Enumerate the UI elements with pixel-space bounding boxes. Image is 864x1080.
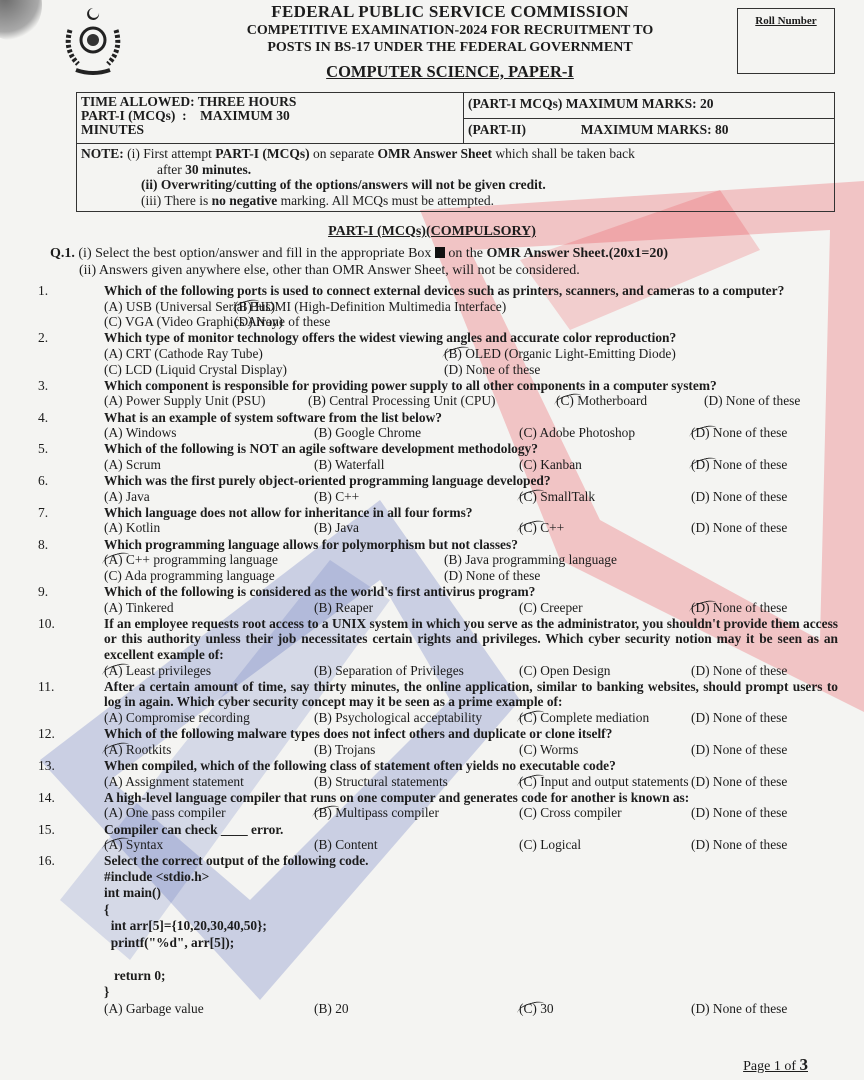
- option-b[interactable]: (B) 20: [314, 1001, 519, 1017]
- option-c[interactable]: (C) Open Design: [519, 663, 691, 679]
- question-number: 12.: [38, 726, 55, 742]
- option-list: (A) Tinkered(B) Reaper(C) Creeper(D) Non…: [104, 600, 838, 616]
- option-b[interactable]: (B) Waterfall: [314, 457, 519, 473]
- part1-time-cont: MINUTES: [81, 123, 459, 137]
- question-list: 1.Which of the following ports is used t…: [38, 283, 838, 1017]
- option-d[interactable]: (D) None of these: [234, 314, 486, 330]
- note-iii-text: (iii) There is: [141, 193, 208, 208]
- code-line: #include <stdio.h>: [104, 869, 838, 886]
- subject-title: COMPUTER SCIENCE, PAPER-I: [180, 62, 720, 82]
- option-list: (A) CRT (Cathode Ray Tube)(B) OLED (Orga…: [104, 346, 838, 377]
- option-c[interactable]: (C) Kanban: [519, 457, 691, 473]
- fpsc-emblem-icon: [62, 6, 124, 78]
- option-a[interactable]: (A) Least privileges: [104, 663, 314, 679]
- question-stem: Which component is responsible for provi…: [104, 378, 838, 394]
- question-stem: Which of the following ports is used to …: [104, 283, 838, 299]
- code-line: int arr[5]={10,20,30,40,50};: [104, 918, 838, 935]
- exam-page: FEDERAL PUBLIC SERVICE COMMISSION COMPET…: [0, 0, 864, 1080]
- note-i-mid: on separate: [313, 146, 374, 161]
- question-stem: Which was the first purely object-orient…: [104, 473, 838, 489]
- question-item: 1.Which of the following ports is used t…: [38, 283, 838, 330]
- question-stem: Which type of monitor technology offers …: [104, 330, 838, 346]
- q1-instruction-ii: (ii) Answers given anywhere else, other …: [50, 262, 850, 279]
- question-item: 9.Which of the following is considered a…: [38, 584, 838, 615]
- roll-number-box[interactable]: Roll Number: [737, 8, 835, 74]
- question-stem: If an employee requests root access to a…: [104, 616, 838, 663]
- question-stem: Which of the following is NOT an agile s…: [104, 441, 838, 457]
- question-item: 2.Which type of monitor technology offer…: [38, 330, 838, 377]
- q1-instruction-mid: on the: [448, 246, 483, 261]
- option-list: (A) Scrum(B) Waterfall(C) Kanban(D) None…: [104, 457, 838, 473]
- option-list: (A) Power Supply Unit (PSU)(B) Central P…: [104, 393, 838, 409]
- note-i-bold2: OMR Answer Sheet: [378, 146, 493, 161]
- option-b[interactable]: (B) OLED (Organic Light-Emitting Diode): [444, 346, 838, 362]
- option-b[interactable]: (B) Content: [314, 837, 519, 853]
- exam-subtitle: POSTS IN BS-17 UNDER THE FEDERAL GOVERNM…: [180, 40, 720, 56]
- time-allowed: TIME ALLOWED: THREE HOURS: [81, 95, 459, 109]
- page-total: 3: [800, 1055, 809, 1074]
- part2-marks: MAXIMUM MARKS: 80: [581, 122, 729, 137]
- q1-instruction-bold: OMR Answer Sheet.(20x1=20): [487, 246, 669, 261]
- question-item: 6.Which was the first purely object-orie…: [38, 473, 838, 504]
- question-item: 3.Which component is responsible for pro…: [38, 378, 838, 409]
- org-name: FEDERAL PUBLIC SERVICE COMMISSION: [180, 2, 720, 22]
- question-item: 14.A high-level language compiler that r…: [38, 790, 838, 821]
- question-stem: Which of the following is considered as …: [104, 584, 838, 600]
- option-a[interactable]: (A) Tinkered: [104, 600, 314, 616]
- option-list: (A) Least privileges(B) Separation of Pr…: [104, 663, 838, 679]
- option-list: (A) C++ programming language(B) Java pro…: [104, 552, 838, 583]
- question-item: 4.What is an example of system software …: [38, 410, 838, 441]
- option-a[interactable]: (A) Scrum: [104, 457, 314, 473]
- question-stem: Select the correct output of the followi…: [104, 853, 838, 869]
- q1-instructions: Q.1. (i) Select the best option/answer a…: [50, 245, 850, 279]
- option-a[interactable]: (A) USB (Universal Serial Bus): [104, 299, 234, 315]
- question-item: 12.Which of the following malware types …: [38, 726, 838, 757]
- option-d[interactable]: (D) None of these: [444, 568, 838, 584]
- option-c[interactable]: (C) SmallTalk: [519, 489, 691, 505]
- question-stem: What is an example of system software fr…: [104, 410, 838, 426]
- note-i-text: (i) First attempt: [127, 146, 212, 161]
- option-b[interactable]: (B) Java programming language: [444, 552, 838, 568]
- note-i-bold1: PART-I (MCQs): [215, 146, 309, 161]
- option-c[interactable]: (C) C++: [519, 520, 691, 536]
- option-d[interactable]: (D) None of these: [691, 837, 838, 853]
- question-stem: After a certain amount of time, say thir…: [104, 679, 838, 710]
- question-item: 16.Select the correct output of the foll…: [38, 853, 838, 1016]
- option-b[interactable]: (B) HDMI (High-Definition Multimedia Int…: [234, 299, 486, 315]
- part2-marks-row: (PART-II) MAXIMUM MARKS: 80: [464, 119, 834, 144]
- question-item: 5.Which of the following is NOT an agile…: [38, 441, 838, 472]
- option-d[interactable]: (D) None of these: [691, 1001, 838, 1017]
- code-line: return 0;: [104, 968, 838, 985]
- option-b[interactable]: (B) Google Chrome: [314, 425, 519, 441]
- question-number: 4.: [38, 410, 48, 426]
- note-iii-end: marking. All MCQs must be attempted.: [281, 193, 494, 208]
- question-number: 9.: [38, 584, 48, 600]
- option-d[interactable]: (D) None of these: [691, 600, 838, 616]
- question-number: 13.: [38, 758, 55, 774]
- option-b[interactable]: (B) Separation of Privileges: [314, 663, 519, 679]
- option-d[interactable]: (D) None of these: [444, 362, 838, 378]
- option-c[interactable]: (C) Creeper: [519, 600, 691, 616]
- option-list: (A) Syntax(B) Content(C) Logical(D) None…: [104, 837, 838, 853]
- option-a[interactable]: (A) Rootkits: [104, 742, 314, 758]
- question-number: 10.: [38, 616, 55, 632]
- part1-time: PART-I (MCQs) : MAXIMUM 30: [81, 109, 459, 123]
- option-d[interactable]: (D) None of these: [691, 710, 838, 726]
- option-d[interactable]: (D) None of these: [691, 425, 838, 441]
- option-list: (A) Assignment statement(B) Structural s…: [104, 774, 838, 790]
- option-c[interactable]: (C) Cross compiler: [519, 805, 691, 821]
- question-number: 7.: [38, 505, 48, 521]
- option-a[interactable]: (A) Power Supply Unit (PSU): [104, 393, 308, 409]
- question-number: 3.: [38, 378, 48, 394]
- question-stem: Which programming language allows for po…: [104, 537, 838, 553]
- question-number: 14.: [38, 790, 55, 806]
- option-a[interactable]: (A) One pass compiler: [104, 805, 314, 821]
- option-c[interactable]: (C) Complete mediation: [519, 710, 691, 726]
- code-snippet: #include <stdio.h>int main(){ int arr[5]…: [104, 869, 838, 1001]
- question-stem: Compiler can check ____ error.: [104, 822, 838, 838]
- option-list: (A) Windows(B) Google Chrome(C) Adobe Ph…: [104, 425, 838, 441]
- option-c[interactable]: (C) Input and output statements: [519, 774, 691, 790]
- q1-label: Q.1.: [50, 246, 75, 261]
- code-line: }: [104, 984, 838, 1001]
- question-item: 11.After a certain amount of time, say t…: [38, 679, 838, 726]
- exam-title: COMPETITIVE EXAMINATION-2024 FOR RECRUIT…: [180, 23, 720, 39]
- option-a[interactable]: (A) CRT (Cathode Ray Tube): [104, 346, 444, 362]
- option-a[interactable]: (A) Kotlin: [104, 520, 314, 536]
- note-i-cont-bold: 30 minutes.: [185, 162, 251, 177]
- question-stem: Which language does not allow for inheri…: [104, 505, 838, 521]
- note-i-end: which shall be taken back: [495, 146, 634, 161]
- question-item: 13.When compiled, which of the following…: [38, 758, 838, 789]
- option-a[interactable]: (A) Syntax: [104, 837, 314, 853]
- option-list: (A) USB (Universal Serial Bus)(B) HDMI (…: [104, 299, 838, 330]
- note-iii-bold: no negative: [212, 193, 278, 208]
- option-c[interactable]: (C) Logical: [519, 837, 691, 853]
- question-stem: Which of the following malware types doe…: [104, 726, 838, 742]
- part1-marks: (PART-I MCQs) MAXIMUM MARKS: 20: [464, 93, 834, 119]
- option-a[interactable]: (A) Java: [104, 489, 314, 505]
- note-ii: (ii) Overwriting/cutting of the options/…: [141, 177, 546, 192]
- question-number: 6.: [38, 473, 48, 489]
- option-a[interactable]: (A) Compromise recording: [104, 710, 314, 726]
- question-number: 15.: [38, 822, 55, 838]
- option-b[interactable]: (B) Central Processing Unit (CPU): [308, 393, 556, 409]
- option-c[interactable]: (C) Worms: [519, 742, 691, 758]
- option-b[interactable]: (B) C++: [314, 489, 519, 505]
- option-d[interactable]: (D) None of these: [691, 774, 838, 790]
- question-item: 8.Which programming language allows for …: [38, 537, 838, 584]
- option-b[interactable]: (B) Psychological acceptability: [314, 710, 519, 726]
- option-d[interactable]: (D) None of these: [691, 663, 838, 679]
- question-number: 8.: [38, 537, 48, 553]
- note-label: NOTE:: [81, 146, 124, 161]
- exam-header: FEDERAL PUBLIC SERVICE COMMISSION COMPET…: [180, 2, 720, 82]
- option-d[interactable]: (D) None of these: [691, 742, 838, 758]
- roll-number-label: Roll Number: [738, 15, 834, 27]
- option-c[interactable]: (C) Adobe Photoshop: [519, 425, 691, 441]
- question-number: 5.: [38, 441, 48, 457]
- question-item: 7.Which language does not allow for inhe…: [38, 505, 838, 536]
- question-stem: When compiled, which of the following cl…: [104, 758, 838, 774]
- option-list: (A) Compromise recording(B) Psychologica…: [104, 710, 838, 726]
- option-d[interactable]: (D) None of these: [691, 489, 838, 505]
- question-number: 2.: [38, 330, 48, 346]
- option-d[interactable]: (D) None of these: [704, 393, 838, 409]
- note-i-cont: after: [157, 162, 182, 177]
- option-d[interactable]: (D) None of these: [691, 457, 838, 473]
- option-c[interactable]: (C) VGA (Video Graphics Array): [104, 314, 234, 330]
- option-list: (A) Java(B) C++(C) SmallTalk(D) None of …: [104, 489, 838, 505]
- option-d[interactable]: (D) None of these: [691, 520, 838, 536]
- page-prefix: Page 1 of: [743, 1059, 796, 1074]
- exam-info-table: TIME ALLOWED: THREE HOURS PART-I (MCQs) …: [76, 92, 835, 212]
- option-c[interactable]: (C) 30: [519, 1001, 691, 1017]
- code-line: {: [104, 902, 838, 919]
- option-b[interactable]: (B) Trojans: [314, 742, 519, 758]
- option-d[interactable]: (D) None of these: [691, 805, 838, 821]
- option-c[interactable]: (C) Ada programming language: [104, 568, 444, 584]
- option-list: (A) Rootkits(B) Trojans(C) Worms(D) None…: [104, 742, 838, 758]
- question-item: 15.Compiler can check ____ error.(A) Syn…: [38, 822, 838, 853]
- question-number: 11.: [38, 679, 54, 695]
- option-list: (A) One pass compiler(B) Multipass compi…: [104, 805, 838, 821]
- question-item: 10.If an employee requests root access t…: [38, 616, 838, 678]
- option-a[interactable]: (A) Garbage value: [104, 1001, 314, 1017]
- code-line: printf("%d", arr[5]);: [104, 935, 838, 952]
- option-a[interactable]: (A) C++ programming language: [104, 552, 444, 568]
- option-a[interactable]: (A) Windows: [104, 425, 314, 441]
- code-line: [104, 951, 838, 968]
- question-stem: A high-level language compiler that runs…: [104, 790, 838, 806]
- q1-instruction-i: (i) Select the best option/answer and fi…: [78, 246, 431, 261]
- exam-notes: NOTE: (i) First attempt PART-I (MCQs) on…: [77, 144, 834, 211]
- option-c[interactable]: (C) Motherboard: [556, 393, 704, 409]
- option-b[interactable]: (B) Structural statements: [314, 774, 519, 790]
- code-line: int main(): [104, 885, 838, 902]
- part-title: PART-I (MCQs)(COMPULSORY): [0, 224, 864, 240]
- question-number: 16.: [38, 853, 55, 869]
- page-number: Page 1 of 3: [743, 1055, 808, 1075]
- option-b[interactable]: (B) Java: [314, 520, 519, 536]
- option-b[interactable]: (B) Multipass compiler: [314, 805, 519, 821]
- option-list: (A) Garbage value(B) 20(C) 30(D) None of…: [104, 1001, 838, 1017]
- question-number: 1.: [38, 283, 48, 299]
- option-b[interactable]: (B) Reaper: [314, 600, 519, 616]
- part2-label: (PART-II): [468, 122, 526, 137]
- option-c[interactable]: (C) LCD (Liquid Crystal Display): [104, 362, 444, 378]
- omr-box-icon: [435, 247, 445, 258]
- option-a[interactable]: (A) Assignment statement: [104, 774, 314, 790]
- option-list: (A) Kotlin(B) Java(C) C++(D) None of the…: [104, 520, 838, 536]
